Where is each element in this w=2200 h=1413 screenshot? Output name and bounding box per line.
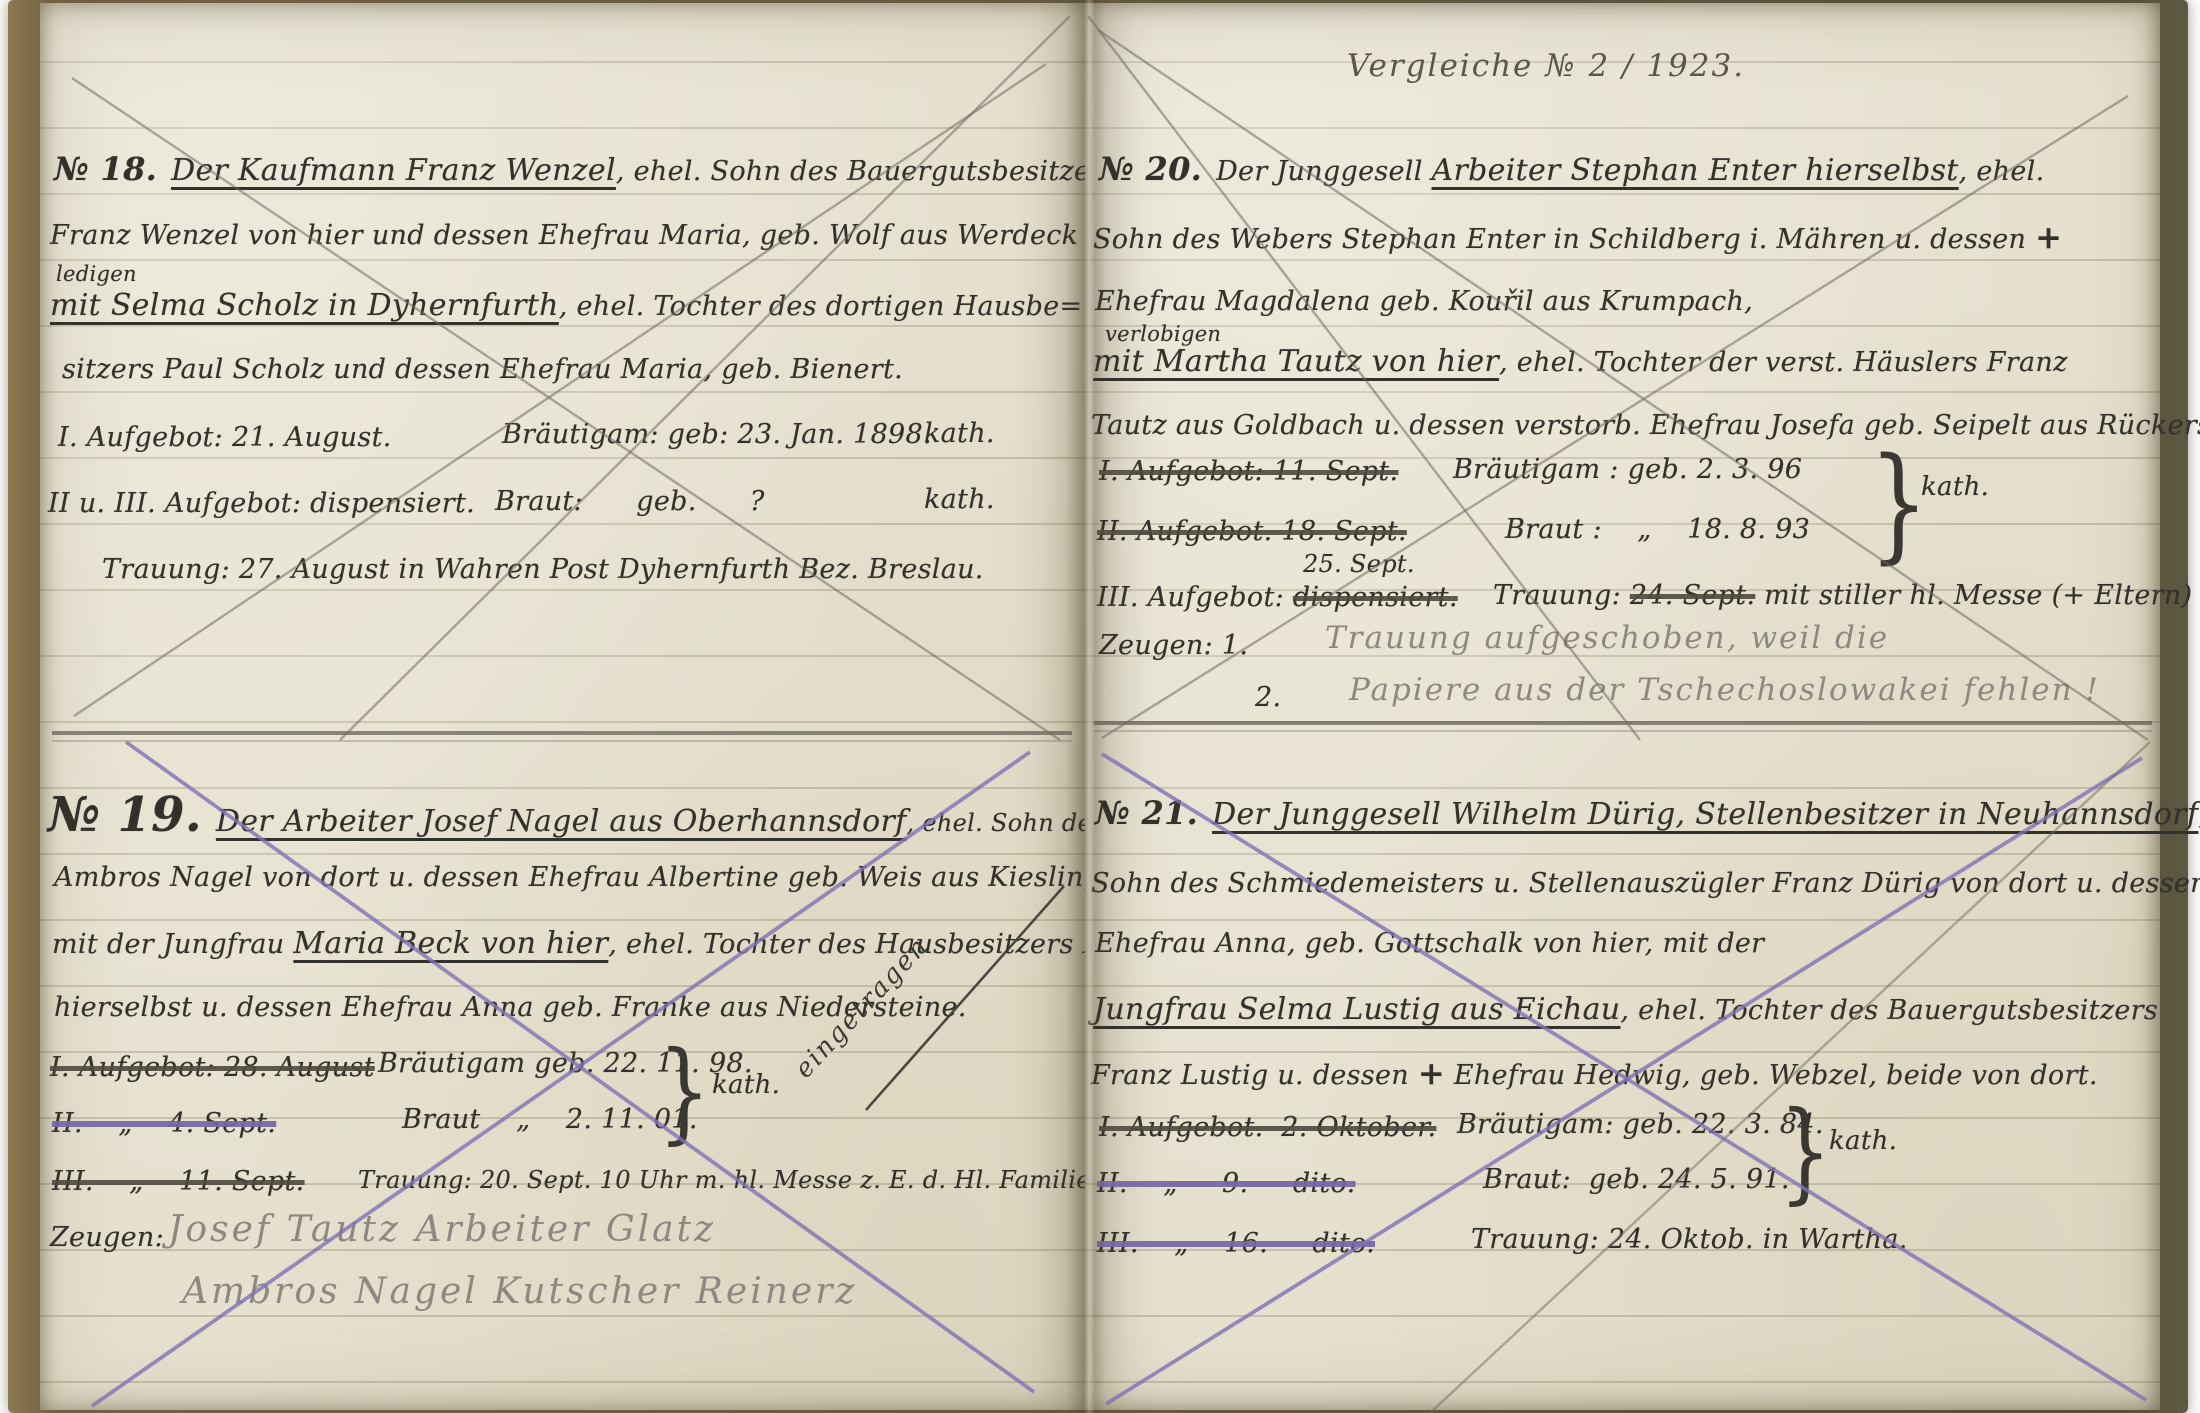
entry-18-line-3: mit Selma Scholz in Dyhernfurth, ehel. T… bbox=[50, 287, 1082, 325]
entry-21-aufgebot-3: III. „ 16. dito. bbox=[1097, 1227, 1375, 1261]
entry-20-line-4-rest: , ehel. Tochter der verst. Häuslers Fran… bbox=[1499, 347, 2068, 378]
entry-21-line-5: Franz Lustig u. dessen + Ehefrau Hedwig,… bbox=[1091, 1053, 2098, 1093]
entry-19-witness-label: Zeugen: bbox=[50, 1221, 164, 1255]
groom-name-underlined: Der Kaufmann Franz Wenzel bbox=[171, 153, 616, 188]
entry-19-wedding: Trauung: 20. Sept. 10 Uhr m. hl. Messe z… bbox=[358, 1165, 1171, 1195]
struck-text-violet: III. „ 16. dito. bbox=[1097, 1228, 1375, 1259]
bride-name-underlined: Jungfrau Selma Lustig aus Eichau bbox=[1093, 992, 1620, 1027]
entry-19-line-3: mit der Jungfrau Maria Beck von hier, eh… bbox=[52, 925, 1241, 963]
entry-21-bride-birth: Braut: geb. 24. 5. 91. bbox=[1483, 1163, 1790, 1197]
entry-18-bride-birth: Braut: geb. ? bbox=[495, 485, 765, 519]
entry-20-line-5: Tautz aus Goldbach u. dessen verstorb. E… bbox=[1091, 409, 2200, 443]
entry-21-line-5-lead: Franz Lustig u. dessen bbox=[1091, 1060, 1418, 1091]
entry-18-aufgebot-2-3: II u. III. Aufgebot: dispensiert. bbox=[48, 487, 475, 521]
entry-20-line-4: mit Martha Tautz von hier, ehel. Tochter… bbox=[1093, 343, 2068, 381]
struck-text-violet: II. „ 4. Sept. bbox=[52, 1108, 276, 1139]
entry-18-aufgebot-1: I. Aufgebot: 21. August. bbox=[58, 421, 392, 455]
deceased-cross-icon: + bbox=[1418, 1054, 1445, 1092]
entry-20-number: № 20. bbox=[1099, 150, 1216, 188]
groom-name-underlined: Der Arbeiter Josef Nagel aus Oberhannsdo… bbox=[216, 804, 907, 839]
page-header-note: Vergleiche № 2 / 1923. bbox=[1347, 51, 1745, 82]
entry-18-line-1: № 18.Der Kaufmann Franz Wenzel, ehel. So… bbox=[54, 149, 1118, 190]
entry-20-line-2-text: Sohn des Webers Stephan Enter in Schildb… bbox=[1093, 224, 2035, 255]
entry-20-wedding: Trauung: 24. Sept. mit stiller hl. Messe… bbox=[1493, 579, 2192, 613]
struck-text: II. Aufgebot. 18. Sept. bbox=[1097, 516, 1407, 547]
entry-18-line-1-rest: , ehel. Sohn des Bauergutsbesitzers bbox=[616, 156, 1118, 187]
entry-20-inserted-date: 25. Sept. bbox=[1303, 549, 1415, 579]
entry-20-groom-birth: Bräutigam : geb. 2. 3. 96 bbox=[1453, 453, 1802, 487]
entry-18-line-2: Franz Wenzel von hier und dessen Ehefrau… bbox=[50, 219, 1078, 253]
struck-date: 24. Sept. bbox=[1630, 580, 1755, 611]
page-left: № 18.Der Kaufmann Franz Wenzel, ehel. So… bbox=[40, 3, 1085, 1410]
entry-19-witness-2: Ambros Nagel Kutscher Reinerz bbox=[182, 1269, 857, 1314]
entry-21-wedding: Trauung: 24. Oktob. in Wartha. bbox=[1471, 1223, 1908, 1257]
entry-20-aufgebot-2: II. Aufgebot. 18. Sept. bbox=[1097, 515, 1407, 549]
entry-21-line-5-rest: Ehefrau Hedwig, geb. Webzel, beide von d… bbox=[1445, 1060, 2098, 1091]
entry-21-line-2-text: Sohn des Schmiedemeisters u. Stellenausz… bbox=[1091, 868, 2200, 899]
entry-21-line-3: Ehefrau Anna, geb. Gottschalk von hier, … bbox=[1095, 927, 1764, 961]
entry-20-line-1-rest: , ehel. bbox=[1959, 156, 2045, 187]
entry-21-aufgebot-2: II. „ 9. dito. bbox=[1097, 1167, 1355, 1201]
entry-21-aufgebot-1: I. Aufgebot. 2. Oktober. bbox=[1099, 1111, 1436, 1145]
struck-text: III. „ 11. Sept. bbox=[52, 1166, 305, 1197]
entry-19-line-2: Ambros Nagel von dort u. dessen Ehefrau … bbox=[54, 861, 1198, 895]
struck-text: I. Aufgebot: 28. August bbox=[50, 1052, 375, 1083]
confession-brace: } bbox=[1779, 1087, 1832, 1215]
entry-19-number: № 19. bbox=[48, 787, 216, 843]
struck-text-violet: II. „ 9. dito. bbox=[1097, 1168, 1355, 1199]
bride-name-underlined: mit Martha Tautz von hier bbox=[1093, 344, 1499, 379]
aufgebot-3-label: III. Aufgebot: bbox=[1097, 582, 1293, 613]
confession-brace: } bbox=[658, 1027, 711, 1155]
entry-18-wedding: Trauung: 27. August in Wahren Post Dyher… bbox=[102, 553, 984, 587]
entry-19-line-3-lead: mit der Jungfrau bbox=[52, 929, 293, 960]
entry-20-bride-birth: Braut : „ 18. 8. 93 bbox=[1505, 513, 1810, 547]
entry-19-confession: kath. bbox=[712, 1069, 780, 1102]
entry-18-groom-birth: Bräutigam: geb: 23. Jan. 1898. bbox=[502, 418, 932, 452]
register-scan: № 18.Der Kaufmann Franz Wenzel, ehel. So… bbox=[0, 0, 2200, 1413]
entry-19-aufgebot-3: III. „ 11. Sept. bbox=[52, 1165, 305, 1199]
entry-20-witness-2-label: 2. bbox=[1255, 681, 1281, 715]
entry-21-groom-birth: Bräutigam: geb. 22. 3. 84. bbox=[1457, 1108, 1824, 1142]
entry-21-line-4: Jungfrau Selma Lustig aus Eichau, ehel. … bbox=[1093, 991, 2158, 1029]
groom-name-underlined: Der Junggesell Wilhelm Dürig, Stellenbes… bbox=[1212, 797, 2198, 832]
entry-20-aufgebot-1: I. Aufgebot: 11. Sept. bbox=[1099, 455, 1398, 489]
entry-20-line-1: № 20.Der Junggesell Arbeiter Stephan Ent… bbox=[1099, 149, 2044, 190]
entry-21-confession: kath. bbox=[1829, 1125, 1897, 1158]
entry-18-groom-confession: kath. bbox=[924, 417, 995, 451]
entry-21-line-4-rest: , ehel. Tochter des Bauergutsbesitzers bbox=[1620, 995, 2158, 1026]
entry-20-witness-label: Zeugen: 1. bbox=[1099, 629, 1248, 663]
entry-19-aufgebot-1: I. Aufgebot: 28. August bbox=[50, 1051, 375, 1085]
wedding-rest: mit stiller hl. Messe (+ Eltern) bbox=[1755, 580, 2192, 611]
groom-name-underlined: Arbeiter Stephan Enter hierselbst bbox=[1432, 153, 1959, 188]
entry-21-line-2: Sohn des Schmiedemeisters u. Stellenausz… bbox=[1091, 861, 2200, 901]
entry-19-aufgebot-2: II. „ 4. Sept. bbox=[52, 1107, 276, 1141]
entry-19-bride-birth: Braut „ 2. 11. 01. bbox=[402, 1103, 698, 1137]
confession-brace: } bbox=[1869, 431, 1929, 576]
bride-name-underlined: mit Selma Scholz in Dyhernfurth bbox=[50, 288, 559, 323]
entry-20-aufgebot-3: III. Aufgebot: dispensiert. bbox=[1097, 581, 1458, 615]
entry-20-note-line-1: Trauung aufgeschoben, weil die bbox=[1325, 619, 1889, 658]
entry-20-confession: kath. bbox=[1921, 471, 1989, 504]
entry-20-line-3: Ehefrau Magdalena geb. Kouřil aus Krumpa… bbox=[1095, 285, 1753, 319]
entry-18-number: № 18. bbox=[54, 150, 171, 188]
entry-18-inserted-word: ledigen bbox=[56, 261, 137, 287]
deceased-cross-icon: + bbox=[2035, 218, 2062, 256]
entry-21-number: № 21. bbox=[1095, 794, 1212, 832]
entry-18-line-3-rest: , ehel. Tochter des dortigen Hausbe= bbox=[559, 291, 1083, 322]
bride-name-underlined: Maria Beck von hier bbox=[293, 926, 608, 961]
entry-20-line-1-lead: Der Junggesell bbox=[1216, 156, 1431, 187]
page-right: Vergleiche № 2 / 1923. № 20.Der Junggese… bbox=[1085, 3, 2160, 1410]
struck-text: I. Aufgebot. 2. Oktober. bbox=[1099, 1112, 1436, 1143]
wedding-label: Trauung: bbox=[1493, 580, 1630, 611]
entry-20-line-2: Sohn des Webers Stephan Enter in Schildb… bbox=[1093, 217, 2062, 257]
entry-19-witness-1: Josef Tautz Arbeiter Glatz bbox=[168, 1207, 716, 1252]
entry-20-note-line-2: Papiere aus der Tschechoslowakei fehlen … bbox=[1349, 671, 2100, 710]
entry-18-line-4: sitzers Paul Scholz und dessen Ehefrau M… bbox=[62, 353, 903, 387]
entry-18-bride-confession: kath. bbox=[924, 483, 995, 517]
entry-21-line-1: № 21.Der Junggesell Wilhelm Dürig, Stell… bbox=[1095, 793, 2200, 834]
struck-text: dispensiert. bbox=[1293, 582, 1458, 613]
struck-text: I. Aufgebot: 11. Sept. bbox=[1099, 456, 1398, 487]
